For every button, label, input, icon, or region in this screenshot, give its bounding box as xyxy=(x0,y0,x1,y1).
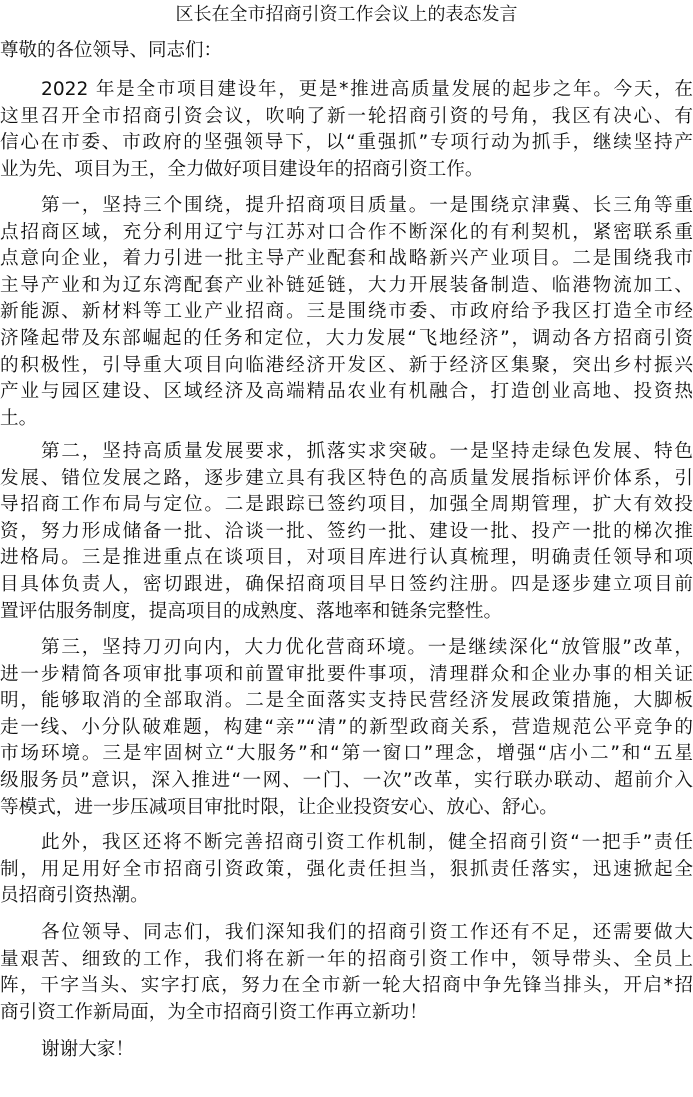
text-line: 第二，坚持高质量发展要求，抓落实求突破。一是坚持走绿色发展、特色 xyxy=(0,439,693,466)
paragraph-third-point: 第三，坚持刀刃向内，大力优化营商环境。一是继续深化“放管服”改革， 进一步精简各… xyxy=(0,635,693,821)
paragraph-closing: 各位领导、同志们，我们深知我们的招商引资工作还有不足，还需要做大 量艰苦、细致的… xyxy=(0,920,693,1026)
paragraph-second-point: 第二，坚持高质量发展要求，抓落实求突破。一是坚持走绿色发展、特色 发展、错位发展… xyxy=(0,439,693,625)
text-line: 员招商引资热潮。 xyxy=(0,883,693,910)
text-line: 新能源、新材料等工业产业招商。三是围绕市委、市政府给予我区打造全市经 xyxy=(0,299,693,326)
text-line: 商引资工作新局面，为全市招商引资工作再立新功！ xyxy=(0,1000,693,1027)
text-line: 置评估服务制度，提高项目的成熟度、落地率和链条完整性。 xyxy=(0,599,693,626)
text-line: 的积极性，引导重大项目向临港经济开发区、新于经济区集聚，突出乡村振兴 xyxy=(0,353,693,380)
text-line: 此外，我区还将不断完善招商引资工作机制，健全招商引资“一把手”责任 xyxy=(0,830,693,857)
text-line: 进一步精简各项审批事项和前置审批要件事项，清理群众和企业办事的相关证 xyxy=(0,662,693,689)
text-line: 谢谢大家！ xyxy=(0,1037,693,1064)
document-title: 区长在全市招商引资工作会议上的表态发言 xyxy=(0,2,693,28)
text-line: 信心在市委、市政府的坚强领导下，以“重强抓”专项行动为抓手，继续坚持产 xyxy=(0,130,693,157)
text-line: 土。 xyxy=(0,406,693,433)
text-line: 量艰苦、细致的工作，我们将在新一年的招商引资工作中，领导带头、全员上 xyxy=(0,947,693,974)
salutation: 尊敬的各位领导、同志们： xyxy=(0,38,222,64)
text-line: 阵，干字当头、实字打底，努力在全市新一轮大招商中争先锋当排头，开启*招 xyxy=(0,973,693,1000)
text-line: 济隆起带及东部崛起的任务和定位，大力发展“飞地经济”，调动各方招商引资 xyxy=(0,326,693,353)
text-line: 2022 年是全市项目建设年，更是*推进高质量发展的起步之年。今天，在 xyxy=(0,77,693,104)
text-line: 点意向企业，着力引进一批主导产业配套和战略新兴产业项目。二是围绕我市 xyxy=(0,246,693,273)
text-line: 明，能够取消的全部取消。二是全面落实支持民营经济发展政策措施，大脚板 xyxy=(0,688,693,715)
text-line: 导招商工作布局与定位。二是跟踪已签约项目，加强全周期管理，扩大有效投 xyxy=(0,492,693,519)
text-line: 进格局。三是推进重点在谈项目，对项目库进行认真梳理，明确责任领导和项 xyxy=(0,545,693,572)
text-line: 等模式，进一步压减项目审批时限，让企业投资安心、放心、舒心。 xyxy=(0,795,693,822)
text-line: 制，用足用好全市招商引资政策，强化责任担当，狠抓责任落实，迅速掀起全 xyxy=(0,857,693,884)
text-line: 级服务员”意识，深入推进“一网、一门、一次”改革，实行联办联动、超前介入 xyxy=(0,768,693,795)
text-line: 市场环境。三是牢固树立“大服务”和“第一窗口”理念，增强“店小二”和“五星 xyxy=(0,741,693,768)
text-line: 目具体负责人，密切跟进，确保招商项目早日签约注册。四是逐步建立项目前 xyxy=(0,572,693,599)
text-line: 这里召开全市招商引资会议，吹响了新一轮招商引资的号角，我区有决心、有 xyxy=(0,104,693,131)
text-line: 各位领导、同志们，我们深知我们的招商引资工作还有不足，还需要做大 xyxy=(0,920,693,947)
text-line: 走一线、小分队破难题，构建“亲”“清”的新型政商关系，营造规范公平竞争的 xyxy=(0,715,693,742)
text-line: 发展、错位发展之路，逐步建立具有我区特色的高质量发展指标评价体系，引 xyxy=(0,466,693,493)
paragraph-intro: 2022 年是全市项目建设年，更是*推进高质量发展的起步之年。今天，在 这里召开… xyxy=(0,77,693,183)
text-line: 第三，坚持刀刃向内，大力优化营商环境。一是继续深化“放管服”改革， xyxy=(0,635,693,662)
paragraph-mechanism: 此外，我区还将不断完善招商引资工作机制，健全招商引资“一把手”责任 制，用足用好… xyxy=(0,830,693,910)
text-line: 点招商区域，充分利用辽宁与江苏对口合作不断深化的有利契机，紧密联系重 xyxy=(0,220,693,247)
paragraph-thanks: 谢谢大家！ xyxy=(0,1037,693,1064)
paragraph-first-point: 第一，坚持三个围绕，提升招商项目质量。一是围绕京津冀、长三角等重 点招商区域，充… xyxy=(0,193,693,432)
text-line: 第一，坚持三个围绕，提升招商项目质量。一是围绕京津冀、长三角等重 xyxy=(0,193,693,220)
text-line: 业为先、项目为王，全力做好项目建设年的招商引资工作。 xyxy=(0,157,693,184)
text-line: 主导产业和为辽东湾配套产业补链延链，大力开展装备制造、临港物流加工、 xyxy=(0,273,693,300)
text-line: 资，努力形成储备一批、洽谈一批、签约一批、建设一批、投产一批的梯次推 xyxy=(0,519,693,546)
text-line: 产业与园区建设、区域经济及高端精品农业有机融合，打造创业高地、投资热 xyxy=(0,379,693,406)
